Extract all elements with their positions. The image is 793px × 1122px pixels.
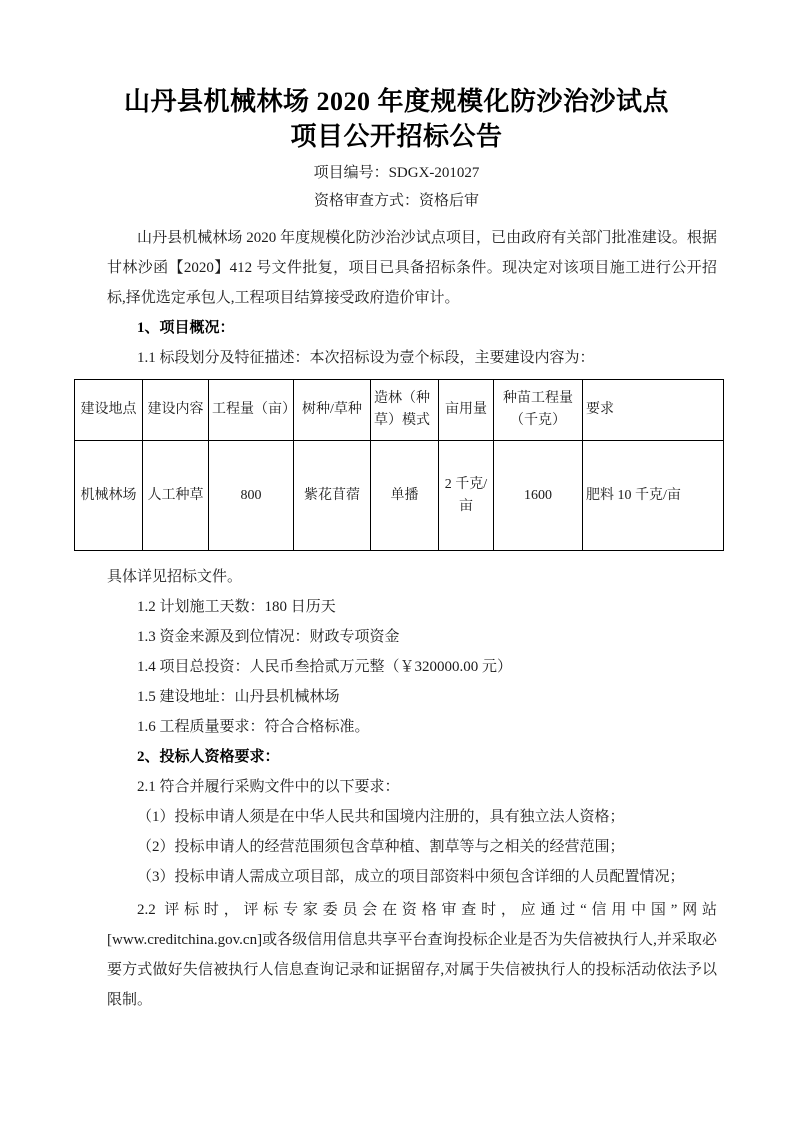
- col-header-per-mu-usage: 亩用量: [439, 380, 494, 441]
- construction-content-table: 建设地点 建设内容 工程量（亩） 树种/草种 造林（种草）模式 亩用量 种苗工程…: [74, 379, 724, 551]
- clause-see-bid-documents: 具体详见招标文件。: [107, 562, 717, 592]
- col-header-species: 树种/草种: [294, 380, 371, 441]
- clause-1-2: 1.2 计划施工天数：180 日历天: [107, 592, 717, 622]
- meta-block: 项目编号：SDGX-201027 资格审查方式：资格后审: [0, 159, 793, 215]
- table-header-row: 建设地点 建设内容 工程量（亩） 树种/草种 造林（种草）模式 亩用量 种苗工程…: [75, 380, 724, 441]
- section-2-heading: 2、投标人资格要求：: [107, 742, 717, 772]
- cell-planting-mode: 单播: [371, 441, 439, 551]
- clause-list-1: 1.2 计划施工天数：180 日历天 1.3 资金来源及到位情况：财政专项资金 …: [107, 592, 717, 742]
- clause-2-2: 2.2 评标时，评标专家委员会在资格审查时，应通过“信用中国”网站 [www.c…: [107, 895, 717, 1015]
- col-header-planting-mode: 造林（种草）模式: [371, 380, 439, 441]
- clause-2-1-sub-2: （2）投标申请人的经营范围须包含草种植、割草等与之相关的经营范围；: [107, 832, 717, 862]
- cell-content: 人工种草: [143, 441, 209, 551]
- project-number-line: 项目编号：SDGX-201027: [0, 159, 793, 187]
- intro-paragraph: 山丹县机械林场 2020 年度规模化防沙治沙试点项目，已由政府有关部门批准建设。…: [107, 223, 717, 313]
- col-header-location: 建设地点: [75, 380, 143, 441]
- col-header-seedling-quantity: 种苗工程量（千克）: [494, 380, 583, 441]
- cell-requirement: 肥料 10 千克/亩: [583, 441, 724, 551]
- document-body: 山丹县机械林场 2020 年度规模化防沙治沙试点项目，已由政府有关部门批准建设。…: [107, 223, 717, 1015]
- cell-species: 紫花苜蓿: [294, 441, 371, 551]
- clause-2-1: 2.1 符合并履行采购文件中的以下要求：: [107, 772, 717, 802]
- cell-quantity-mu: 800: [209, 441, 294, 551]
- clause-1-5: 1.5 建设地址：山丹县机械林场: [107, 682, 717, 712]
- doc-title-line-2: 项目公开招标公告: [0, 119, 793, 154]
- clause-2-1-sub-3: （3）投标申请人需成立项目部，成立的项目部资料中须包含详细的人员配置情况；: [107, 862, 717, 892]
- clause-1-6: 1.6 工程质量要求：符合合格标准。: [107, 712, 717, 742]
- section-1-heading: 1、项目概况：: [107, 313, 717, 343]
- col-header-content: 建设内容: [143, 380, 209, 441]
- table-row: 机械林场 人工种草 800 紫花苜蓿 单播 2 千克/亩 1600 肥料 10 …: [75, 441, 724, 551]
- clause-1-4: 1.4 项目总投资：人民币叁拾贰万元整（￥320000.00 元）: [107, 652, 717, 682]
- document-page: 山丹县机械林场 2020 年度规模化防沙治沙试点 项目公开招标公告 项目编号：S…: [0, 0, 793, 1122]
- col-header-requirement: 要求: [583, 380, 724, 441]
- doc-title-line-1: 山丹县机械林场 2020 年度规模化防沙治沙试点: [0, 84, 793, 119]
- clause-1-1: 1.1 标段划分及特征描述：本次招标设为壹个标段，主要建设内容为：: [107, 343, 717, 373]
- cell-per-mu-usage: 2 千克/亩: [439, 441, 494, 551]
- cell-seedling-quantity: 1600: [494, 441, 583, 551]
- col-header-quantity-mu: 工程量（亩）: [209, 380, 294, 441]
- title-block: 山丹县机械林场 2020 年度规模化防沙治沙试点 项目公开招标公告: [0, 0, 793, 154]
- cell-location: 机械林场: [75, 441, 143, 551]
- clause-2-1-sub-1: （1）投标申请人须是在中华人民共和国境内注册的，具有独立法人资格；: [107, 802, 717, 832]
- clause-1-3: 1.3 资金来源及到位情况：财政专项资金: [107, 622, 717, 652]
- qualification-review-line: 资格审查方式：资格后审: [0, 187, 793, 215]
